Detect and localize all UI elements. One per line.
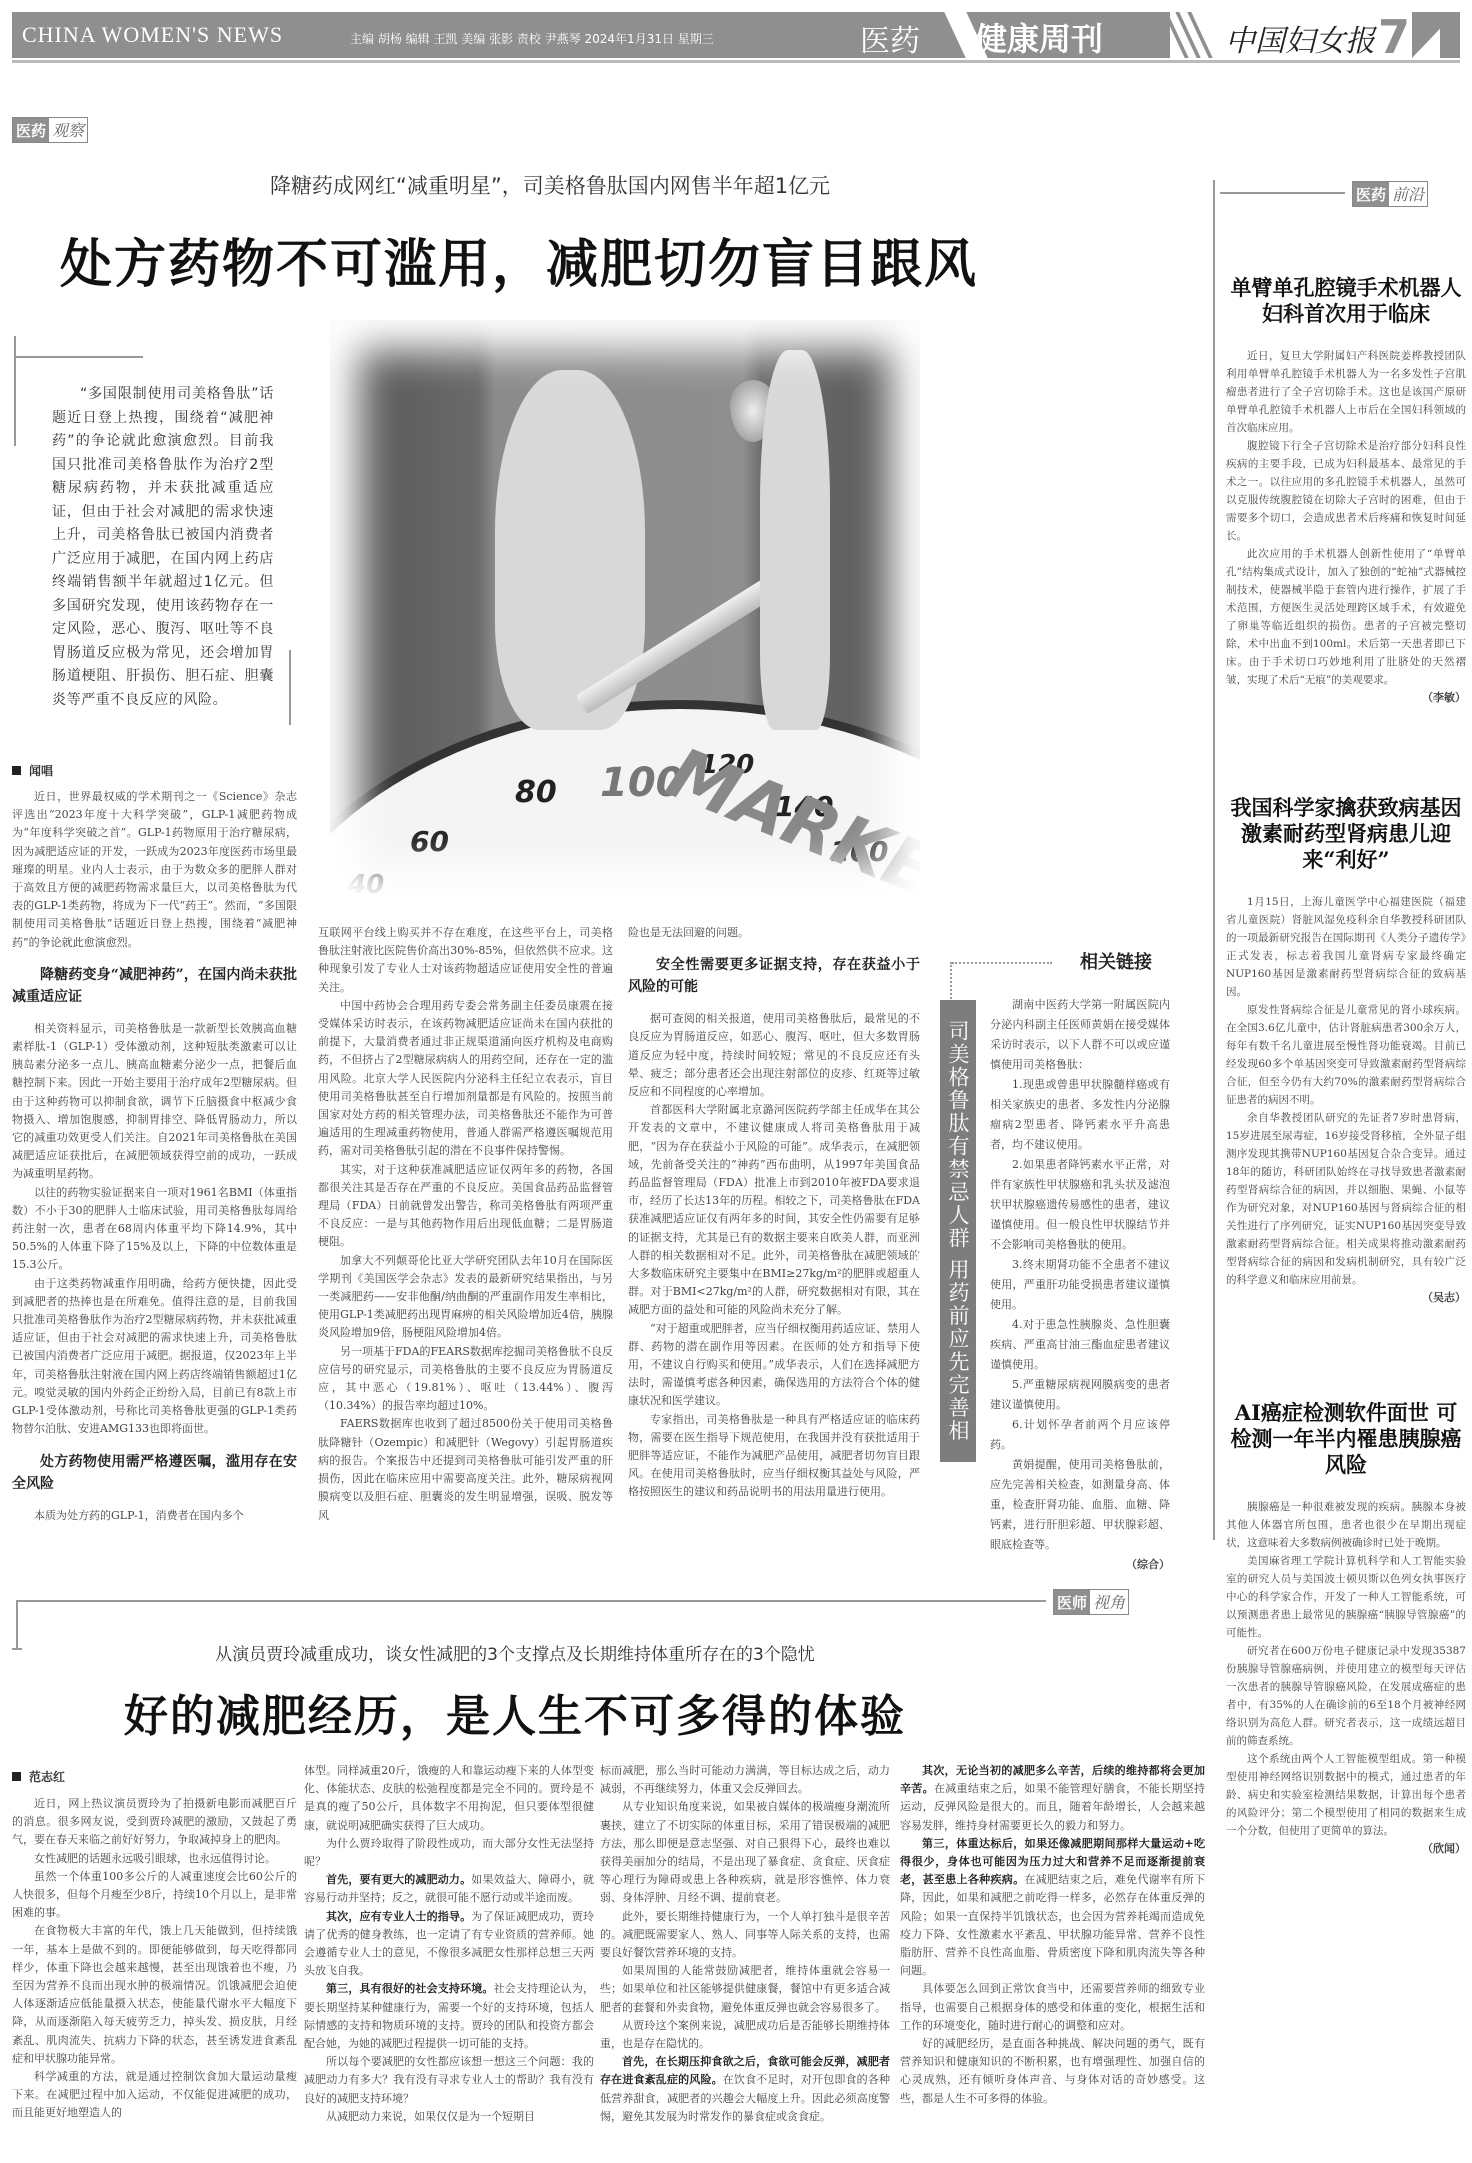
tag-label-b: 前沿	[1389, 182, 1427, 206]
paragraph: 此次应用的手术机器人创新性使用了“单臂单孔”结构集成式设计，加入了独创的“蛇袖”…	[1226, 545, 1466, 689]
subheading: 降糖药变身“减肥神药”，在国内尚未获批减重适应证	[12, 964, 297, 1008]
tag-label-b: 视角	[1090, 1590, 1128, 1614]
masthead-weekly-title: 健康周刊	[975, 14, 1103, 60]
paragraph: 另一项基于FDA的FEARS数据库挖掘司美格鲁肽不良反应信号的研究显示，司美格鲁…	[318, 1343, 613, 1416]
tag-label-a: 医师	[1054, 1590, 1090, 1614]
illustration-vignette	[330, 320, 920, 900]
doctor-view-deck: 从演员贾玲减重成功，谈女性减肥的3个支撑点及长期维持体重所存在的3个隐忧	[100, 1640, 930, 1665]
paragraph: 第三，体重达标后，如果还像减肥期间那样大量运动+吃得很少，身体也可能因为压力过大…	[900, 1835, 1205, 1981]
column-separator	[1213, 180, 1215, 1540]
frame-line	[15, 356, 143, 358]
dotted-divider	[950, 962, 952, 1002]
paragraph: 专家指出，司美格鲁肽是一种具有严格适应证的临床药物，需要在医生指导下规范使用，在…	[628, 1411, 920, 1502]
paragraph: 标而减肥，那么当时可能动力满满，等目标达成之后，动力减弱，不再继续努力，体重又会…	[600, 1762, 890, 1798]
doctor-view-byline: 范志红	[12, 1768, 65, 1785]
subheading: 处方药物使用需严格遵医嘱，滥用存在安全风险	[12, 1451, 297, 1495]
source-credit: （李敏）	[1226, 689, 1466, 707]
bold-lead-sentence: 第三，具有很好的社会支持环境。	[326, 1982, 494, 1995]
paragraph: 好的减肥经历，是直面各种挑战、解决问题的勇气，既有营养知识和健康知识的不断积累，…	[900, 2035, 1205, 2108]
section-rule	[1220, 192, 1345, 194]
paragraph: 所以每个要减肥的女性都应该想一想这三个问题：我的减肥动力有多大？我有没有寻求专业…	[304, 2053, 594, 2108]
frontier-article-2: 我国科学家擒获致病基因 激素耐药型肾病患儿迎来“利好” 1月15日，上海儿童医学…	[1226, 795, 1466, 1307]
masthead-underline	[12, 60, 1460, 63]
paragraph: FAERS数据库也收到了超过8500份关于使用司美格鲁肽降糖针（Ozempic）…	[318, 1415, 613, 1524]
related-link-title: 相关链接	[1080, 948, 1152, 974]
dotted-divider	[952, 962, 1052, 964]
lead-illustration: 40 60 80 100 120 140 160 MARKET	[330, 320, 920, 900]
paragraph: 中国中药协会合理用药专委会常务副主任委员康震在接受媒体采访时表示，在该药物减肥适…	[318, 997, 613, 1161]
paragraph: 这个系统由两个人工智能模型组成。第一种模型使用神经网络识别数据中的模式，通过患者…	[1226, 1750, 1466, 1840]
related-link-body: 湖南中医药大学第一附属医院内分泌内科副主任医师黄娟在接受媒体采访时表示，以下人群…	[990, 995, 1170, 1575]
paragraph: 相关资料显示，司美格鲁肽是一款新型长效胰高血糖素样肽-1（GLP-1）受体激动剂…	[12, 1020, 297, 1184]
paragraph: 为什么贾玲取得了阶段性成功，而大部分女性无法坚持呢？	[304, 1835, 594, 1871]
paragraph: 4.对于患急性胰腺炎、急性胆囊疾病、严重高甘油三酯血症患者建议谨慎使用。	[990, 1315, 1170, 1375]
bold-lead-sentence: 首先，在长期压抑食欲之后，食欲可能会反弹，减肥者存在进食紊乱症的风险。	[600, 2055, 890, 2086]
paragraph: 据可查阅的相关报道，使用司美格鲁肽后，最常见的不良反应为胃肠道反应，如恶心、腹泻…	[628, 1010, 920, 1101]
lead-deck: 降糖药成网红“减重明星”，司美格鲁肽国内网售半年超1亿元	[225, 170, 875, 200]
paragraph: 科学减重的方法，就是通过控制饮食加大量运动量瘦下来。在减肥过程中加入运动，不仅能…	[12, 2068, 297, 2123]
page-number: 7	[1378, 10, 1410, 64]
article-body: 1月15日，上海儿童医学中心福建医院（福建省儿童医院）肾脏风湿免疫科余自华教授科…	[1226, 893, 1466, 1307]
paragraph: 近日，网上热议演员贾玲为了拍摄新电影而减肥百斤的消息。很多网友说，受到贾玲减肥的…	[12, 1795, 297, 1850]
bold-lead-sentence: 其次，无论当初的减肥多么辛苦，后续的维持都将会更加辛苦。	[900, 1764, 1205, 1795]
doctor-view-column-2: 体型。同样减重20斤，饿瘦的人和靠运动瘦下来的人体型变化、体能状态、皮肤的松弛程…	[304, 1762, 594, 2126]
paragraph: 其次，无论当初的减肥多么辛苦，后续的维持都将会更加辛苦。在减重结束之后，如果不能…	[900, 1762, 1205, 1835]
lead-column-2: 互联网平台线上购买并不存在难度，在这些平台上，司美格鲁肽注射液比医院售价高出30…	[318, 924, 613, 1525]
paragraph: 险也是无法回避的问题。	[628, 924, 920, 942]
frame-line	[16, 1600, 18, 1648]
source-credit: （吴志）	[1226, 1289, 1466, 1307]
paragraph: 余自华教授团队研究的先证者7岁时患肾病，15岁进展至尿毒症，16岁接受肾移植，全…	[1226, 1109, 1466, 1289]
masthead-staff-date: 主编 胡杨 编辑 王凯 美编 张影 责校 尹燕琴 2024年1月31日 星期三	[350, 30, 714, 47]
lead-byline: 闻唱	[12, 762, 53, 779]
paragraph: 美国麻省理工学院计算机科学和人工智能实验室的研究人员与美国波士顿贝斯以色列女执事…	[1226, 1552, 1466, 1642]
column-tag-observe: 医药 观察	[12, 117, 88, 143]
paragraph: “对于超重或肥胖者，应当仔细权衡用药适应证、禁用人群、药物的潜在副作用等因素。在…	[628, 1320, 920, 1411]
paragraph: 从专业知识角度来说，如果被自媒体的极端瘦身潮流所裹挟，建立了不切实际的体重目标，…	[600, 1798, 890, 1907]
paragraph: 首先，要有更大的减肥动力。如果效益大、障碍小，就容易行动并坚持；反之，就很可能不…	[304, 1871, 594, 1907]
paragraph: 湖南中医药大学第一附属医院内分泌内科副主任医师黄娟在接受媒体采访时表示，以下人群…	[990, 995, 1170, 1075]
masthead-logo: 中国妇女报	[1225, 16, 1375, 60]
paragraph: 其次，应有专业人士的指导。为了保证减肥成功，贾玲请了优秀的健身教练，也一定请了有…	[304, 1908, 594, 1981]
related-link-banner: 司美格鲁肽有禁忌人群 用药前应先完善相关检查	[940, 1000, 976, 1462]
paragraph: 互联网平台线上购买并不存在难度，在这些平台上，司美格鲁肽注射液比医院售价高出30…	[318, 924, 613, 997]
tag-label-a: 医药	[1353, 182, 1389, 206]
masthead-stripes-icon	[1172, 12, 1212, 58]
paragraph: 黄娟提醒，使用司美格鲁肽前，应先完善相关检查，如测量身高、体重，检查肝肾功能、血…	[990, 1455, 1170, 1555]
masthead-section: 医药	[860, 16, 920, 60]
paragraph: 从减肥动力来说，如果仅仅是为一个短期目	[304, 2108, 594, 2126]
paragraph: 由于这类药物减重作用明确，给药方便快捷，因此受到减肥者的热捧也是在所难免。值得注…	[12, 1275, 297, 1439]
paragraph: 3.终末期肾功能不全患者不建议使用，严重肝功能受损患者建议谨慎使用。	[990, 1255, 1170, 1315]
frontier-article-1: 单臂单孔腔镜手术机器人妇科首次用于临床 近日，复旦大学附属妇产科医院姜桦教授团队…	[1226, 275, 1466, 707]
paragraph: 腹腔镜下行全子宫切除术是治疗部分妇科良性疾病的主要手段，已成为妇科最基本、最常见…	[1226, 437, 1466, 545]
paragraph: 1月15日，上海儿童医学中心福建医院（福建省儿童医院）肾脏风湿免疫科余自华教授科…	[1226, 893, 1466, 1001]
bold-lead-sentence: 第三，体重达标后，如果还像减肥期间那样大量运动+吃得很少，身体也可能因为压力过大…	[900, 1837, 1205, 1886]
column-tag-doctor-view: 医师 视角	[1053, 1589, 1129, 1615]
source-credit: （欣闻）	[1226, 1840, 1466, 1858]
frame-line	[12, 1648, 22, 1650]
paragraph: 5.严重糖尿病视网膜病变的患者建议谨慎使用。	[990, 1375, 1170, 1415]
article-headline: 我国科学家擒获致病基因 激素耐药型肾病患儿迎来“利好”	[1226, 795, 1466, 873]
doctor-view-column-3: 标而减肥，那么当时可能动力满满，等目标达成之后，动力减弱，不再继续努力，体重又会…	[600, 1762, 890, 2126]
article-body: 近日，复旦大学附属妇产科医院姜桦教授团队利用单臂单孔腔镜手术机器人为一名多发性子…	[1226, 347, 1466, 707]
paragraph: 从贾玲这个案例来说，减肥成功后是否能够长期维持体重，也是存在隐忧的。	[600, 2017, 890, 2053]
paragraph: 1.现患或曾患甲状腺髓样癌或有相关家族史的患者、多发性内分泌腺瘤病2型患者、降钙…	[990, 1075, 1170, 1155]
paragraph: 研究者在600万份电子健康记录中发现35387份胰腺导管腺癌病例，并使用建立的模…	[1226, 1642, 1466, 1750]
lead-summary: “多国限制使用司美格鲁肽”话题近日登上热搜，围绕着“减肥神药”的争论就此愈演愈烈…	[52, 383, 274, 712]
paragraph: 加拿大不列颠哥伦比亚大学研究团队去年10月在国际医学期刊《美国医学会杂志》发表的…	[318, 1252, 613, 1343]
subheading: 安全性需要更多证据支持，存在获益小于风险的可能	[628, 954, 920, 998]
doctor-view-column-4: 其次，无论当初的减肥多么辛苦，后续的维持都将会更加辛苦。在减重结束之后，如果不能…	[900, 1762, 1205, 2108]
tag-label-b: 观察	[49, 118, 87, 142]
article-headline: AI癌症检测软件面世 可检测一年半内罹患胰腺癌风险	[1226, 1400, 1466, 1478]
frame-line	[14, 336, 16, 446]
paragraph: 女性减肥的话题永远吸引眼球，也永远值得讨论。	[12, 1850, 297, 1868]
column-tag-frontier: 医药 前沿	[1352, 181, 1428, 207]
article-body: 胰腺癌是一种很难被发现的疾病。胰腺本身被其他人体器官所包围，患者也很少在早期出现…	[1226, 1498, 1466, 1858]
paragraph: 虽然一个体重100多公斤的人减重速度会比60公斤的人快很多，但每个月瘦至少8斤，…	[12, 1868, 297, 1923]
paragraph: 具体要怎么回到正常饮食当中，还需要营养师的细致专业指导，也需要自己根据身体的感受…	[900, 1980, 1205, 2035]
paragraph: 本质为处方药的GLP-1，消费者在国内多个	[12, 1507, 297, 1525]
paragraph: 体型。同样减重20斤，饿瘦的人和靠运动瘦下来的人体型变化、体能状态、皮肤的松弛程…	[304, 1762, 594, 1835]
masthead-english-name: CHINA WOMEN'S NEWS	[22, 22, 283, 48]
frame-line	[289, 650, 291, 725]
paragraph: 原发性肾病综合征是儿童常见的肾小球疾病。在全国3.6亿儿童中，估计肾脏病患者30…	[1226, 1001, 1466, 1109]
paragraph: 在食物极大丰富的年代，饿上几天能做到，但持续饿一年，基本上是做不到的。即便能够做…	[12, 1922, 297, 2068]
doctor-view-headline: 好的减肥经历，是人生不可多得的体验	[100, 1680, 930, 1744]
paragraph: 以往的药物实验证据来自一项对1961名BMI（体重指数）不小于30的肥胖人士临床…	[12, 1184, 297, 1275]
paragraph: 首先，在长期压抑食欲之后，食欲可能会反弹，减肥者存在进食紊乱症的风险。在饮食不足…	[600, 2053, 890, 2126]
page-corner-shape	[1412, 12, 1456, 58]
bold-lead-sentence: 其次，应有专业人士的指导。	[326, 1910, 471, 1923]
paragraph: 其实，对于这种获准减肥适应证仅两年多的药物，各国都很关注其是否存在严重的不良反应…	[318, 1161, 613, 1252]
paragraph: 如果周围的人能常鼓励减肥者，维持体重就会容易一些；如果单位和社区能够提供健康餐，…	[600, 1962, 890, 2017]
source-credit: （综合）	[990, 1555, 1170, 1575]
paragraph: 2.如果患者降钙素水平正常，对伴有家族性甲状腺癌和乳头状及滤泡状甲状腺癌遗传易感…	[990, 1155, 1170, 1255]
paragraph: 此外，要长期维持健康行为，一个人单打独斗是很辛苦的。减肥既需要家人、熟人、同事等…	[600, 1908, 890, 1963]
paragraph: 近日，世界最权威的学术期刊之一《Science》杂志评选出“2023年度十大科学…	[12, 788, 297, 952]
doctor-view-column-1: 近日，网上热议演员贾玲为了拍摄新电影而减肥百斤的消息。很多网友说，受到贾玲减肥的…	[12, 1795, 297, 2123]
bold-lead-sentence: 首先，要有更大的减肥动力。	[326, 1873, 471, 1886]
paragraph: 胰腺癌是一种很难被发现的疾病。胰腺本身被其他人体器官所包围，患者也很少在早期出现…	[1226, 1498, 1466, 1552]
frontier-article-3: AI癌症检测软件面世 可检测一年半内罹患胰腺癌风险 胰腺癌是一种很难被发现的疾病…	[1226, 1400, 1466, 1858]
paragraph: 近日，复旦大学附属妇产科医院姜桦教授团队利用单臂单孔腔镜手术机器人为一名多发性子…	[1226, 347, 1466, 437]
section-rule	[16, 1600, 1046, 1602]
paragraph: 首都医科大学附属北京潞河医院药学部主任成华在其公开发表的文章中，不建议健康成人将…	[628, 1101, 920, 1319]
paragraph: 6.计划怀孕者前两个月应该停药。	[990, 1415, 1170, 1455]
article-headline: 单臂单孔腔镜手术机器人妇科首次用于临床	[1226, 275, 1466, 327]
lead-column-1: 近日，世界最权威的学术期刊之一《Science》杂志评选出“2023年度十大科学…	[12, 788, 297, 1525]
paragraph: 第三，具有很好的社会支持环境。社会支持理论认为，要长期坚持某种健康行为，需要一个…	[304, 1980, 594, 2053]
lead-column-3: 险也是无法回避的问题。 安全性需要更多证据支持，存在获益小于风险的可能 据可查阅…	[628, 924, 920, 1502]
lead-headline: 处方药物不可滥用，减肥切勿盲目跟风	[60, 222, 920, 297]
tag-label-a: 医药	[13, 118, 49, 142]
